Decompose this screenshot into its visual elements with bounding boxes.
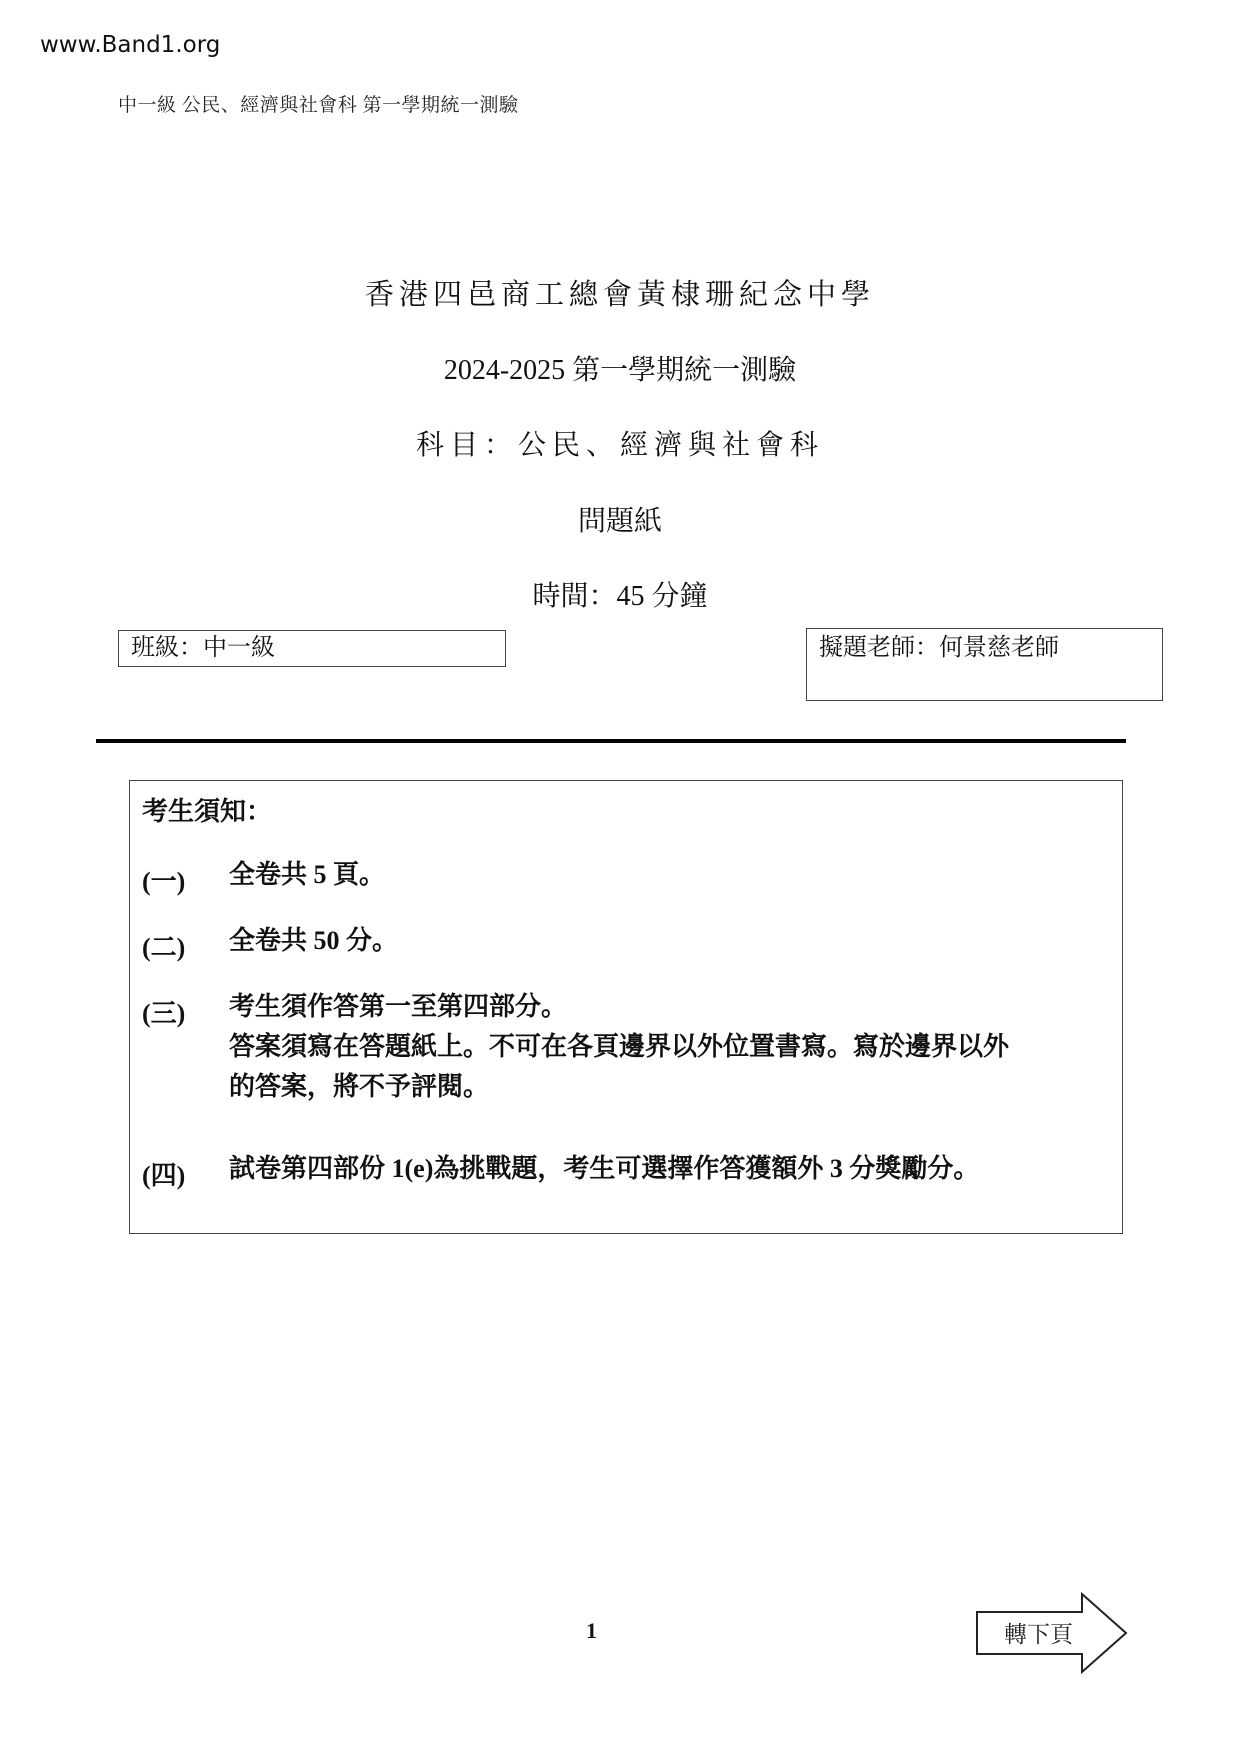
notice-item-number: (四) [142, 1155, 185, 1192]
running-header: 中一級 公民、經濟與社會科 第一學期統一測驗 [118, 90, 519, 117]
subject-title: 科目：公民、經濟與社會科 [0, 423, 1240, 463]
class-label: 班級：中一級 [131, 635, 275, 661]
school-name: 香港四邑商工總會黃棣珊紀念中學 [0, 272, 1240, 313]
notice-title: 考生須知： [142, 791, 272, 828]
watermark: www.Band1.org [40, 32, 220, 58]
exam-title: 2024-2025 第一學期統一測驗 [0, 348, 1240, 388]
next-page-arrow: 轉下頁 [976, 1592, 1128, 1674]
notice-item-line: 的答案，將不予評閱。 [229, 1067, 1009, 1107]
class-box: 班級：中一級 [118, 630, 506, 667]
notice-item-line: 答案須寫在答題紙上。不可在各頁邊界以外位置書寫。寫於邊界以外 [229, 1027, 1009, 1067]
notice-item-number: (三) [142, 993, 185, 1030]
next-page-label: 轉下頁 [1004, 1616, 1073, 1649]
notice-item-line: 全卷共 50 分。 [229, 921, 398, 961]
paper-type: 問題紙 [0, 499, 1240, 539]
page-number: 1 [586, 1618, 597, 1644]
notice-item-number: (一) [142, 861, 185, 898]
teacher-box: 擬題老師：何景慈老師 [806, 628, 1163, 701]
notice-item-number: (二) [142, 927, 185, 964]
notice-item-line: 試卷第四部份 1(e)為挑戰題，考生可選擇作答獲額外 3 分獎勵分。 [229, 1149, 979, 1189]
notice-item-line: 全卷共 5 頁。 [229, 855, 385, 895]
teacher-label: 擬題老師：何景慈老師 [819, 635, 1059, 661]
divider-rule [96, 739, 1126, 743]
exam-duration: 時間：45 分鐘 [0, 574, 1240, 614]
notice-box: 考生須知： (一) 全卷共 5 頁。 (二) 全卷共 50 分。 (三) 考生須… [129, 780, 1123, 1234]
notice-item-line: 考生須作答第一至第四部分。 [229, 987, 1009, 1027]
